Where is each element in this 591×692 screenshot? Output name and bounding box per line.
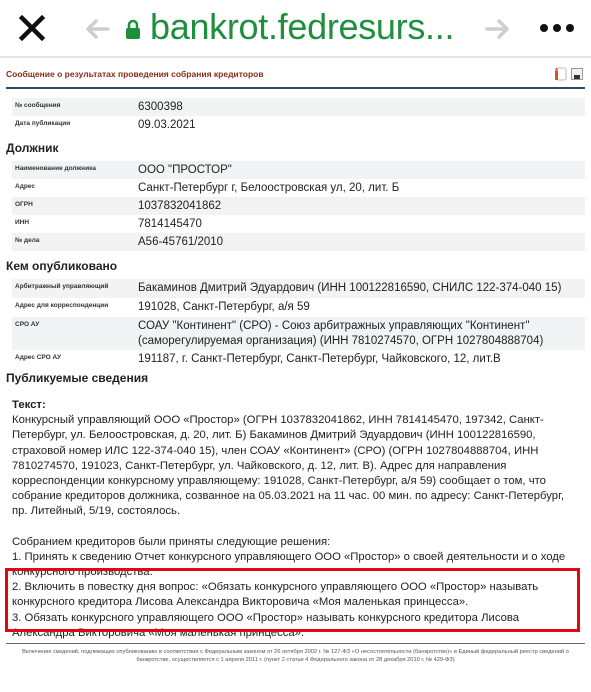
lock-icon [124, 18, 142, 40]
arrow-left-icon[interactable] [82, 17, 112, 41]
field-value: Бакаминов Дмитрий Эдуардович (ИНН 100122… [138, 279, 585, 297]
table-row: № сообщения 6300398 [12, 98, 585, 116]
arrow-right-icon[interactable] [483, 17, 513, 41]
page-title: Сообщение о результатах проведения собра… [6, 69, 264, 79]
message-number: 6300398 [138, 98, 585, 116]
field-value: СОАУ "Континент" (СРО) - Союз арбитражны… [138, 317, 585, 350]
highlight-box [5, 568, 580, 632]
table-row: ИНН 7814145470 [12, 215, 585, 233]
more-dots-icon[interactable] [540, 20, 576, 36]
footer-divider [6, 643, 585, 644]
text-label: Текст: [12, 398, 582, 413]
section-title-published: Публикуемые сведения [6, 371, 148, 385]
browser-toolbar: bankrot.fedresurs... [0, 0, 591, 58]
info-icon[interactable] [553, 67, 567, 81]
field-label: Адрес СРО АУ [12, 350, 138, 361]
header-divider [6, 87, 585, 89]
table-row: Арбитражный управляющий Бакаминов Дмитри… [12, 279, 585, 298]
table-row: Адрес Санкт-Петербург г, Белоостровская … [12, 179, 585, 197]
field-value: 191028, Санкт-Петербург, а/я 59 [138, 298, 585, 316]
table-row: Наименование должника ООО "ПРОСТОР" [12, 161, 585, 179]
field-value: ООО "ПРОСТОР" [138, 161, 585, 179]
field-label: № дела [12, 233, 138, 244]
text-paragraph: Конкурсный управляющий ООО «Простор» (ОГ… [12, 413, 582, 519]
table-row: Адрес СРО АУ 191187, г. Санкт-Петербург,… [12, 350, 585, 370]
debtor-table: Наименование должника ООО "ПРОСТОР" Адре… [12, 161, 585, 251]
field-label: Наименование должника [12, 161, 138, 172]
print-icon[interactable] [571, 68, 583, 80]
table-row: ОГРН 1037832041862 [12, 197, 585, 215]
footer-text: Включение сведений, подлежащих опубликов… [20, 648, 571, 664]
field-label: СРО АУ [12, 317, 138, 328]
field-value: 191187, г. Санкт-Петербург, Санкт-Петерб… [138, 350, 585, 368]
decisions-intro: Собранием кредиторов были приняты следую… [12, 535, 582, 550]
section-title-publisher: Кем опубликовано [6, 259, 117, 273]
field-label: Дата публикации [12, 116, 138, 127]
field-value: А56-45761/2010 [138, 233, 585, 251]
section-title-debtor: Должник [6, 141, 59, 155]
field-label: № сообщения [12, 98, 138, 109]
publisher-table: Арбитражный управляющий Бакаминов Дмитри… [12, 279, 585, 370]
field-value: 1037832041862 [138, 197, 585, 215]
close-icon[interactable] [18, 12, 46, 44]
field-value: 7814145470 [138, 215, 585, 233]
message-info-table: № сообщения 6300398 Дата публикации 09.0… [12, 98, 585, 134]
publication-date: 09.03.2021 [138, 116, 585, 134]
page-header: Сообщение о результатах проведения собра… [0, 62, 591, 88]
table-row: СРО АУ СОАУ "Континент" (СРО) - Союз арб… [12, 317, 585, 350]
field-label: Адрес [12, 179, 138, 190]
table-row: Дата публикации 09.03.2021 [12, 116, 585, 134]
field-value: Санкт-Петербург г, Белоостровская ул, 20… [138, 179, 585, 197]
field-label: Арбитражный управляющий [12, 279, 138, 290]
table-row: Адрес для корреспонденции 191028, Санкт-… [12, 298, 585, 317]
field-label: Адрес для корреспонденции [12, 298, 138, 309]
url-bar[interactable]: bankrot.fedresurs... [150, 6, 454, 48]
field-label: ИНН [12, 215, 138, 226]
field-label: ОГРН [12, 197, 138, 208]
table-row: № дела А56-45761/2010 [12, 233, 585, 251]
